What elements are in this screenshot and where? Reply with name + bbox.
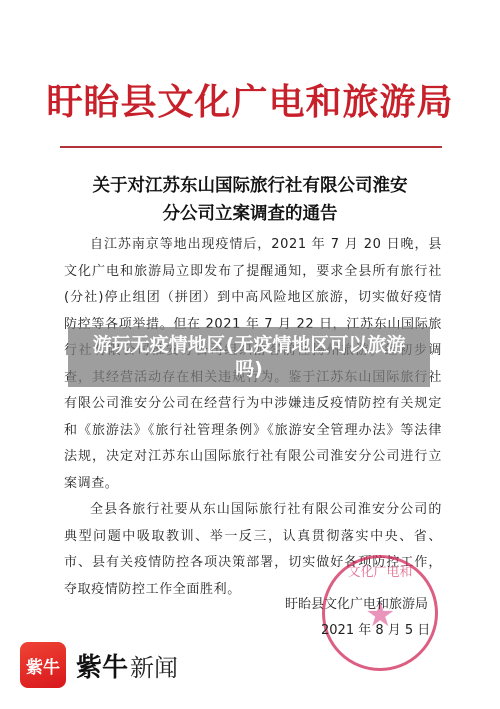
signature-date: 2021 年 8 月 5 日	[285, 618, 430, 644]
agency-header: 盱眙县文化广电和旅游局	[0, 82, 500, 122]
article-title-overlay[interactable]: 游玩无疫情地区(无疫情地区可以旅游吗)	[68, 327, 430, 387]
document-page: 盱眙县文化广电和旅游局 关于对江苏东山国际旅行社有限公司淮安 分公司立案调查的通…	[0, 0, 500, 709]
notice-title-line-1: 关于对江苏东山国际旅行社有限公司淮安	[0, 172, 500, 200]
signature-issuer: 盱眙县文化广电和旅游局	[285, 592, 430, 618]
header-divider	[60, 146, 442, 148]
brand-logo-icon: 紫牛	[20, 642, 66, 688]
brand-name-word: 新闻	[130, 648, 178, 683]
signature-block: 盱眙县文化广电和旅游局 2021 年 8 月 5 日	[285, 592, 430, 644]
notice-title-line-2: 分公司立案调查的通告	[0, 200, 500, 228]
body-paragraph-2: 全县各旅行社要从东山国际旅行社有限公司淮安分公司的典型问题中吸取教训、举一反三，…	[64, 497, 442, 603]
brand-name-brush: 紫牛	[76, 647, 128, 684]
article-title[interactable]: 游玩无疫情地区(无疫情地区可以旅游吗)	[68, 333, 430, 381]
brand-logo: 紫牛 紫牛 新闻	[20, 642, 178, 688]
notice-title: 关于对江苏东山国际旅行社有限公司淮安 分公司立案调查的通告	[0, 172, 500, 228]
notice-body: 自江苏南京等地出现疫情后，2021 年 7 月 20 日晚，县文化广电和旅游局立…	[64, 232, 442, 603]
